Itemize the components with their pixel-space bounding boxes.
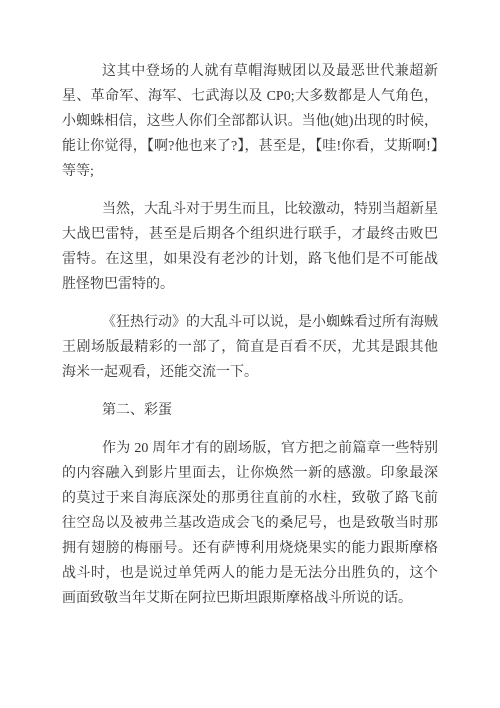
paragraph: 《狂热行动》的大乱斗可以说，是小蜘蛛看过所有海贼王剧场版最精彩的一部了，简直是百… bbox=[62, 310, 438, 385]
article-body: 这其中登场的人就有草帽海贼团以及最恶世代兼超新星、革命军、海军、七武海以及 CP… bbox=[62, 59, 438, 611]
paragraph: 当然，大乱斗对于男生而且，比较激动，特别当超新星大战巴雷特，甚至是后期各个组织进… bbox=[62, 197, 438, 297]
paragraph: 这其中登场的人就有草帽海贼团以及最恶世代兼超新星、革命军、海军、七武海以及 CP… bbox=[62, 59, 438, 184]
document-page: 这其中登场的人就有草帽海贼团以及最恶世代兼超新星、革命军、海军、七武海以及 CP… bbox=[0, 0, 500, 708]
paragraph: 作为 20 周年才有的剧场版，官方把之前篇章一些特别的内容融入到影片里面去，让你… bbox=[62, 436, 438, 611]
section-heading: 第二、彩蛋 bbox=[62, 398, 438, 423]
